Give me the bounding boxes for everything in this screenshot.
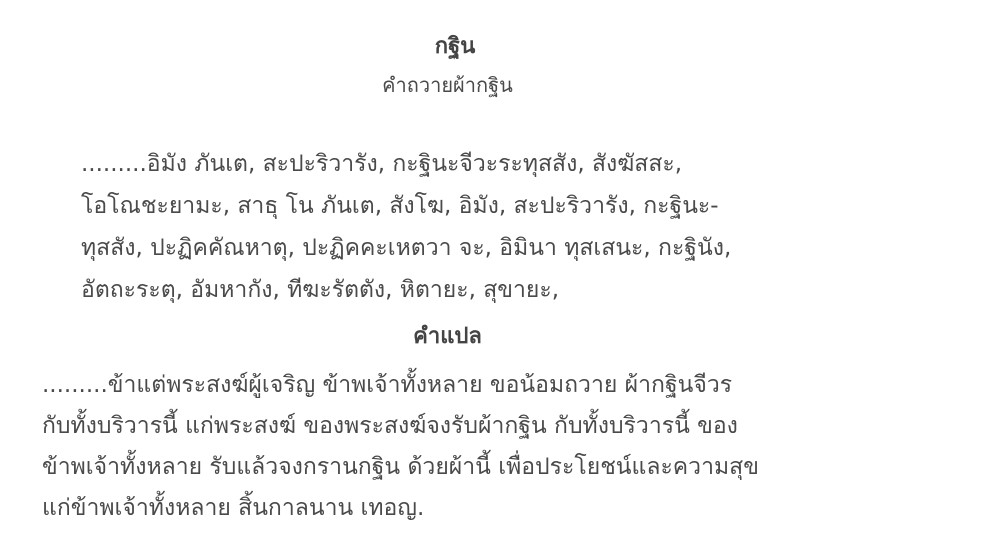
pali-line-3: ทุสสัง, ปะฏิคคัณหาตุ, ปะฏิคคะเหตวา จะ, อ… <box>81 227 861 269</box>
translation-heading: คำแปล <box>0 320 895 354</box>
translation-text: .........ข้าแต่พระสงฆ์ผู้เจริญ ข้าพเจ้าท… <box>42 365 942 529</box>
translation-line-2: กับทั้งบริวารนี้ แก่พระสงฆ์ ของพระสงฆ์จง… <box>42 406 942 447</box>
translation-line-4: แก่ข้าพเจ้าทั้งหลาย สิ้นกาลนาน เทอญ. <box>42 488 942 529</box>
document-title: กฐิน <box>0 30 910 64</box>
pali-line-4: อัตถะระตุ, อัมหากัง, ทีฆะรัตตัง, หิตายะ,… <box>81 269 861 311</box>
pali-line-1: .........อิมัง ภันเต, สะปะริวารัง, กะฐิน… <box>81 143 861 185</box>
pali-line-2: โอโณชะยามะ, สาธุ โน ภันเต, สังโฆ, อิมัง,… <box>81 185 861 227</box>
translation-line-3: ข้าพเจ้าทั้งหลาย รับแล้วจงกรานกฐิน ด้วยผ… <box>42 447 942 488</box>
translation-line-1: .........ข้าแต่พระสงฆ์ผู้เจริญ ข้าพเจ้าท… <box>42 365 942 406</box>
pali-offering-text: .........อิมัง ภันเต, สะปะริวารัง, กะฐิน… <box>81 143 861 311</box>
document-subtitle: คำถวายผ้ากฐิน <box>0 70 895 100</box>
